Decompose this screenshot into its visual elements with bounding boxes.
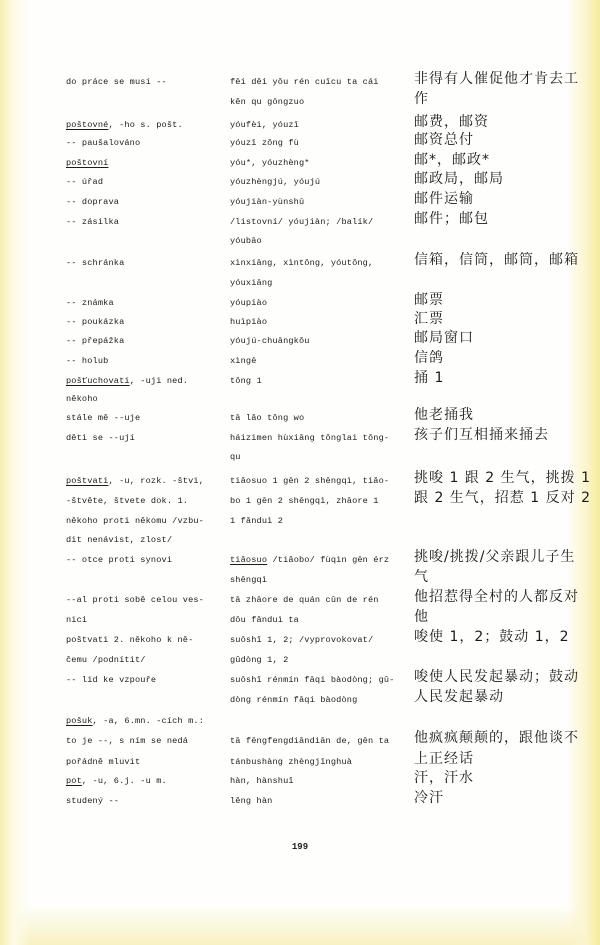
pinyin-term: tā lǎo tǒng wo [230,408,304,428]
entry-row: pošťuchovati, -uji ned.tǒng 1捅 1 [0,371,600,391]
pinyin-text: yóubāo [230,236,262,246]
czech-text: -- zásilka [66,217,119,227]
entry-row: -- zásilka/listovní/ yóujiàn; /balík/邮件；… [0,212,600,232]
pinyin-text: yóuzhèngjú, yóujú [230,177,320,187]
czech-text: -- poukázka [66,317,124,327]
pinyin-text: gǔdòng 1, 2 [230,655,288,665]
czech-text: -- lid ke vzpouře [66,675,156,685]
czech-term: to je --, s ním se nedá [66,731,188,751]
czech-term: pot, -u, 6.j. -u m. [66,771,167,791]
czech-text: -- přepážka [66,336,124,346]
czech-text: -- doprava [66,197,119,207]
chinese-handwritten: 邮票 [414,290,444,310]
czech-text: , -uji ned. [130,376,188,386]
entry-row: yóubāo [0,231,600,251]
pinyin-term: xìnxiāng, xìntǒng, yóutǒng, [230,253,373,273]
czech-text: -- paušalováno [66,138,140,148]
entry-row: poštvati 2. někoho k ně-suōshǐ 1, 2; /vy… [0,630,600,650]
czech-text: , -a, 6.mn. -cích m.: [93,716,204,726]
headword: pošťuchovati [66,376,130,386]
czech-term: -- holub [66,351,108,371]
pinyin-text: tánbushàng zhèngjīnghuà [230,757,352,767]
czech-term: -štvěte, štvete dok. 1. [66,491,188,511]
czech-text: děti se --ují [66,433,135,443]
chinese-handwritten: 唆使 1，2；鼓动 1，2 [414,627,570,647]
entry-row: pot, -u, 6.j. -u m.hàn, hànshuǐ汗，汗水 [0,771,600,791]
pinyin-term: yóujiàn-yùnshū [230,192,304,212]
czech-term: stále mě --uje [66,408,140,428]
pinyin-term: yóujú-chuāngkǒu [230,331,310,351]
pinyin-term: yóufèi, yóuzī [230,115,299,135]
chinese-handwritten: 他疯疯颠颠的，跟他谈不 [414,728,579,748]
chinese-handwritten: 挑唆/挑拨/父亲跟儿子生 [414,547,575,567]
page-number: 199 [0,842,600,852]
chinese-handwritten: 邮费，邮资 [414,112,489,132]
czech-text: -- holub [66,356,108,366]
entry-row: qu [0,447,600,467]
entry-row: -- holubxìngē信鸽 [0,351,600,371]
czech-text: někoho proti někomu /vzbu- [66,516,204,526]
pinyin-term: dòng rénmín fāqi bàodòng [230,690,357,710]
pinyin-term: fēi děi yǒu rén cuīcu ta cái [230,72,379,92]
entry-row: kěn qu gōngzuo作 [0,92,600,112]
czech-text: , -ho s. pošt. [108,120,182,130]
pinyin-term: 1 fǎnduì 2 [230,511,283,531]
czech-term: pošťuchovati, -uji ned. [66,371,188,391]
entry-row: -- lid ke vzpouřesuōshǐ rénmín fāqi bàod… [0,670,600,690]
pinyin-text: hàn, hànshuǐ [230,776,294,786]
czech-text: -- schránka [66,258,124,268]
pinyin-text: yóuxiāng [230,278,272,288]
entry-row: poštovníyóu*, yóuzhèng*邮*，邮政* [0,153,600,173]
headword: poštvati [66,476,108,486]
pinyin-term: háizimen hùxiāng tǒnglai tǒng- [230,428,389,448]
headword: poštovné [66,120,108,130]
chinese-handwritten: 邮*，邮政* [414,150,490,170]
czech-text: -- úřad [66,177,103,187]
entry-row: poštovné, -ho s. pošt.yóufèi, yóuzī邮费，邮资 [0,115,600,135]
czech-text: někoho [66,394,98,404]
chinese-handwritten: 人民发起暴动 [414,687,504,707]
czech-term: poštvati 2. někoho k ně- [66,630,193,650]
pinyin-term: huìpiào [230,312,267,332]
czech-term: poštovné, -ho s. pošt. [66,115,183,135]
chinese-handwritten: 邮政局，邮局 [414,169,504,189]
chinese-handwritten: 他招惹得全村的人都反对 [414,587,579,607]
pinyin-term: gǔdòng 1, 2 [230,650,288,670]
pinyin-text: suōshǐ 1, 2; /vyprovokovat/ [230,635,373,645]
chinese-handwritten: 孩子们互相捅来捅去 [414,425,549,445]
pinyin-term: yóu*, yóuzhèng* [230,153,310,173]
czech-text: -- známka [66,298,114,308]
pinyin-text: 1 fǎnduì 2 [230,516,283,526]
pinyin-term: dōu fǎnduì ta [230,610,299,630]
pinyin-term: tánbushàng zhèngjīnghuà [230,752,352,772]
pinyin-text: qu [230,452,241,462]
pinyin-text: /tiǎobo/ fùqin gēn érz [267,555,389,565]
entry-row: --al proti sobě celou ves-tā zhāore de q… [0,590,600,610]
chinese-handwritten: 信箱，信筒，邮筒，邮箱 [414,250,579,270]
czech-term: děti se --ují [66,428,135,448]
chinese-handwritten: 汇票 [414,309,444,329]
entry-row: -- paušalovánoyóuzī zǒng fù邮资总付 [0,133,600,153]
pinyin-text: tā lǎo tǒng wo [230,413,304,423]
pinyin-term: suōshǐ 1, 2; /vyprovokovat/ [230,630,373,650]
pinyin-text: kěn qu gōngzuo [230,97,304,107]
czech-text: -- otce proti synovi [66,555,172,565]
czech-text: nici [66,615,87,625]
pinyin-text: huìpiào [230,317,267,327]
pinyin-term: bo 1 gēn 2 shēngqì, zhāore 1 [230,491,379,511]
czech-term: -- zásilka [66,212,119,232]
entry-row: děti se --ujíháizimen hùxiāng tǒnglai tǒ… [0,428,600,448]
chinese-handwritten: 挑唆 1 跟 2 生气，挑拨 1 [414,468,591,488]
czech-text: poštvati 2. někoho k ně- [66,635,193,645]
pinyin-term: tǒng 1 [230,371,262,391]
czech-term: -- doprava [66,192,119,212]
pinyin-text: dòng rénmín fāqi bàodòng [230,695,357,705]
pinyin-text: yóuzī zǒng fù [230,138,299,148]
czech-term: někoho proti někomu /vzbu- [66,511,204,531]
pinyin-text: dōu fǎnduì ta [230,615,299,625]
entry-row: -- přepážkayóujú-chuāngkǒu邮局窗口 [0,331,600,351]
pinyin-term: qu [230,447,241,467]
pinyin-text: háizimen hùxiāng tǒnglai tǒng- [230,433,389,443]
pinyin-term: yóuzhèngjú, yóujú [230,172,320,192]
entry-row: studený --lěng hàn冷汗 [0,791,600,811]
pinyin-text: shēngqì [230,575,267,585]
czech-term: -- známka [66,293,114,313]
czech-text: dit nenávist, zlost/ [66,535,172,545]
entry-row: to je --, s ním se nedátā fēngfengdiāndi… [0,731,600,751]
czech-term: dit nenávist, zlost/ [66,530,172,550]
pinyin-text: yóujiàn-yùnshū [230,197,304,207]
czech-term: někoho [66,389,98,409]
chinese-handwritten: 邮件运输 [414,189,474,209]
dictionary-page: do práce se musí --fēi děi yǒu rén cuīcu… [0,0,600,945]
czech-text: , -u, 6.j. -u m. [82,776,167,786]
czech-text: do práce se musí -- [66,77,167,87]
chinese-handwritten: 气 [414,567,429,587]
entry-row: dòng rénmín fāqi bàodòng人民发起暴动 [0,690,600,710]
pinyin-term: lěng hàn [230,791,272,811]
pinyin-text: yóupiào [230,298,267,308]
pinyin-term: tiǎosuo /tiǎobo/ fùqin gēn érz [230,550,389,570]
czech-text: studený -- [66,796,119,806]
pinyin-term: yóupiào [230,293,267,313]
pinyin-text: yóujú-chuāngkǒu [230,336,310,346]
pinyin-text: yóufèi, yóuzī [230,120,299,130]
entry-row: -- dopravayóujiàn-yùnshū邮件运输 [0,192,600,212]
pinyin-term: yóubāo [230,231,262,251]
headword: poštovní [66,158,108,168]
czech-term: --al proti sobě celou ves- [66,590,204,610]
chinese-handwritten: 他老捅我 [414,405,474,425]
pinyin-text: tiǎosuo 1 gēn 2 shēngqì, tiǎo- [230,476,389,486]
czech-term: -- poukázka [66,312,124,332]
chinese-handwritten: 信鸽 [414,348,444,368]
pinyin-term: xìngē [230,351,257,371]
entry-row: -- úřadyóuzhèngjú, yóujú邮政局，邮局 [0,172,600,192]
pinyin-term: tiǎosuo 1 gēn 2 shēngqì, tiǎo- [230,471,389,491]
pinyin-text: suōshǐ rénmín fāqi bàodòng; gǔ- [230,675,395,685]
pinyin-term: /listovní/ yóujiàn; /balík/ [230,212,373,232]
entry-row: yóuxiāng [0,273,600,293]
entry-row: do práce se musí --fēi děi yǒu rén cuīcu… [0,72,600,92]
pinyin-term: tā zhāore de quán cūn de rén [230,590,379,610]
czech-term: pošuk, -a, 6.mn. -cích m.: [66,711,204,731]
pinyin-text: xìnxiāng, xìntǒng, yóutǒng, [230,258,373,268]
pinyin-term: suōshǐ rénmín fāqi bàodòng; gǔ- [230,670,395,690]
headword: pot [66,776,82,786]
czech-term: poštvati, -u, rozk. -štvi, [66,471,204,491]
czech-term: -- lid ke vzpouře [66,670,156,690]
czech-text: --al proti sobě celou ves- [66,595,204,605]
chinese-handwritten: 他 [414,607,429,627]
chinese-handwritten: 非得有人催促他才肯去工 [414,69,579,89]
czech-term: pořádně mluvit [66,752,140,772]
czech-term: -- paušalováno [66,133,140,153]
chinese-handwritten: 作 [414,89,429,109]
pinyin-text: bo 1 gēn 2 shēngqì, zhāore 1 [230,496,379,506]
pinyin-term: hàn, hànshuǐ [230,771,294,791]
pinyin-text: lěng hàn [230,796,272,806]
czech-term: poštovní [66,153,108,173]
chinese-handwritten: 上正经话 [414,749,474,769]
pinyin-text: xìngē [230,356,257,366]
entry-row: -- známkayóupiào邮票 [0,293,600,313]
czech-text: , -u, rozk. -štvi, [108,476,204,486]
pinyin-term: tā fēngfengdiāndiān de, gēn ta [230,731,389,751]
pinyin-term: yóuxiāng [230,273,272,293]
pinyin-text: yóu*, yóuzhèng* [230,158,310,168]
czech-term: -- přepážka [66,331,124,351]
czech-text: stále mě --uje [66,413,140,423]
chinese-handwritten: 邮资总付 [414,130,474,150]
czech-term: -- otce proti synovi [66,550,172,570]
czech-text: čemu /podnítit/ [66,655,146,665]
entry-row: -štvěte, štvete dok. 1.bo 1 gēn 2 shēngq… [0,491,600,511]
czech-term: nici [66,610,87,630]
chinese-handwritten: 跟 2 生气，招惹 1 反对 2 [414,488,591,508]
chinese-handwritten: 捅 1 [414,368,444,388]
pinyin-term: shēngqì [230,570,267,590]
entry-row: -- otce proti synovitiǎosuo /tiǎobo/ fùq… [0,550,600,570]
pinyin-term: kěn qu gōngzuo [230,92,304,112]
czech-term: čemu /podnítit/ [66,650,146,670]
chinese-handwritten: 唆使人民发起暴动；鼓动 [414,667,579,687]
entry-row: pořádně mluvittánbushàng zhèngjīnghuà上正经… [0,752,600,772]
chinese-handwritten: 邮件；邮包 [414,209,489,229]
chinese-handwritten: 冷汗 [414,788,444,808]
czech-term: -- úřad [66,172,103,192]
czech-text: to je --, s ním se nedá [66,736,188,746]
entry-row: -- poukázkahuìpiào汇票 [0,312,600,332]
czech-term: studený -- [66,791,119,811]
czech-text: -štvěte, štvete dok. 1. [66,496,188,506]
pinyin-emphasis: tiǎosuo [230,555,267,565]
chinese-handwritten: 汗，汗水 [414,768,474,788]
czech-term: do práce se musí -- [66,72,167,92]
pinyin-text: tā zhāore de quán cūn de rén [230,595,379,605]
entry-row: někoho [0,389,600,409]
headword: pošuk [66,716,93,726]
czech-term: -- schránka [66,253,124,273]
chinese-handwritten: 邮局窗口 [414,328,474,348]
pinyin-text: /listovní/ yóujiàn; /balík/ [230,217,373,227]
pinyin-text: tā fēngfengdiāndiān de, gēn ta [230,736,389,746]
pinyin-term: yóuzī zǒng fù [230,133,299,153]
entry-row: -- schránkaxìnxiāng, xìntǒng, yóutǒng,信箱… [0,253,600,273]
czech-text: pořádně mluvit [66,757,140,767]
entry-row: někoho proti někomu /vzbu-1 fǎnduì 2 [0,511,600,531]
pinyin-text: fēi děi yǒu rén cuīcu ta cái [230,77,379,87]
pinyin-text: tǒng 1 [230,376,262,386]
